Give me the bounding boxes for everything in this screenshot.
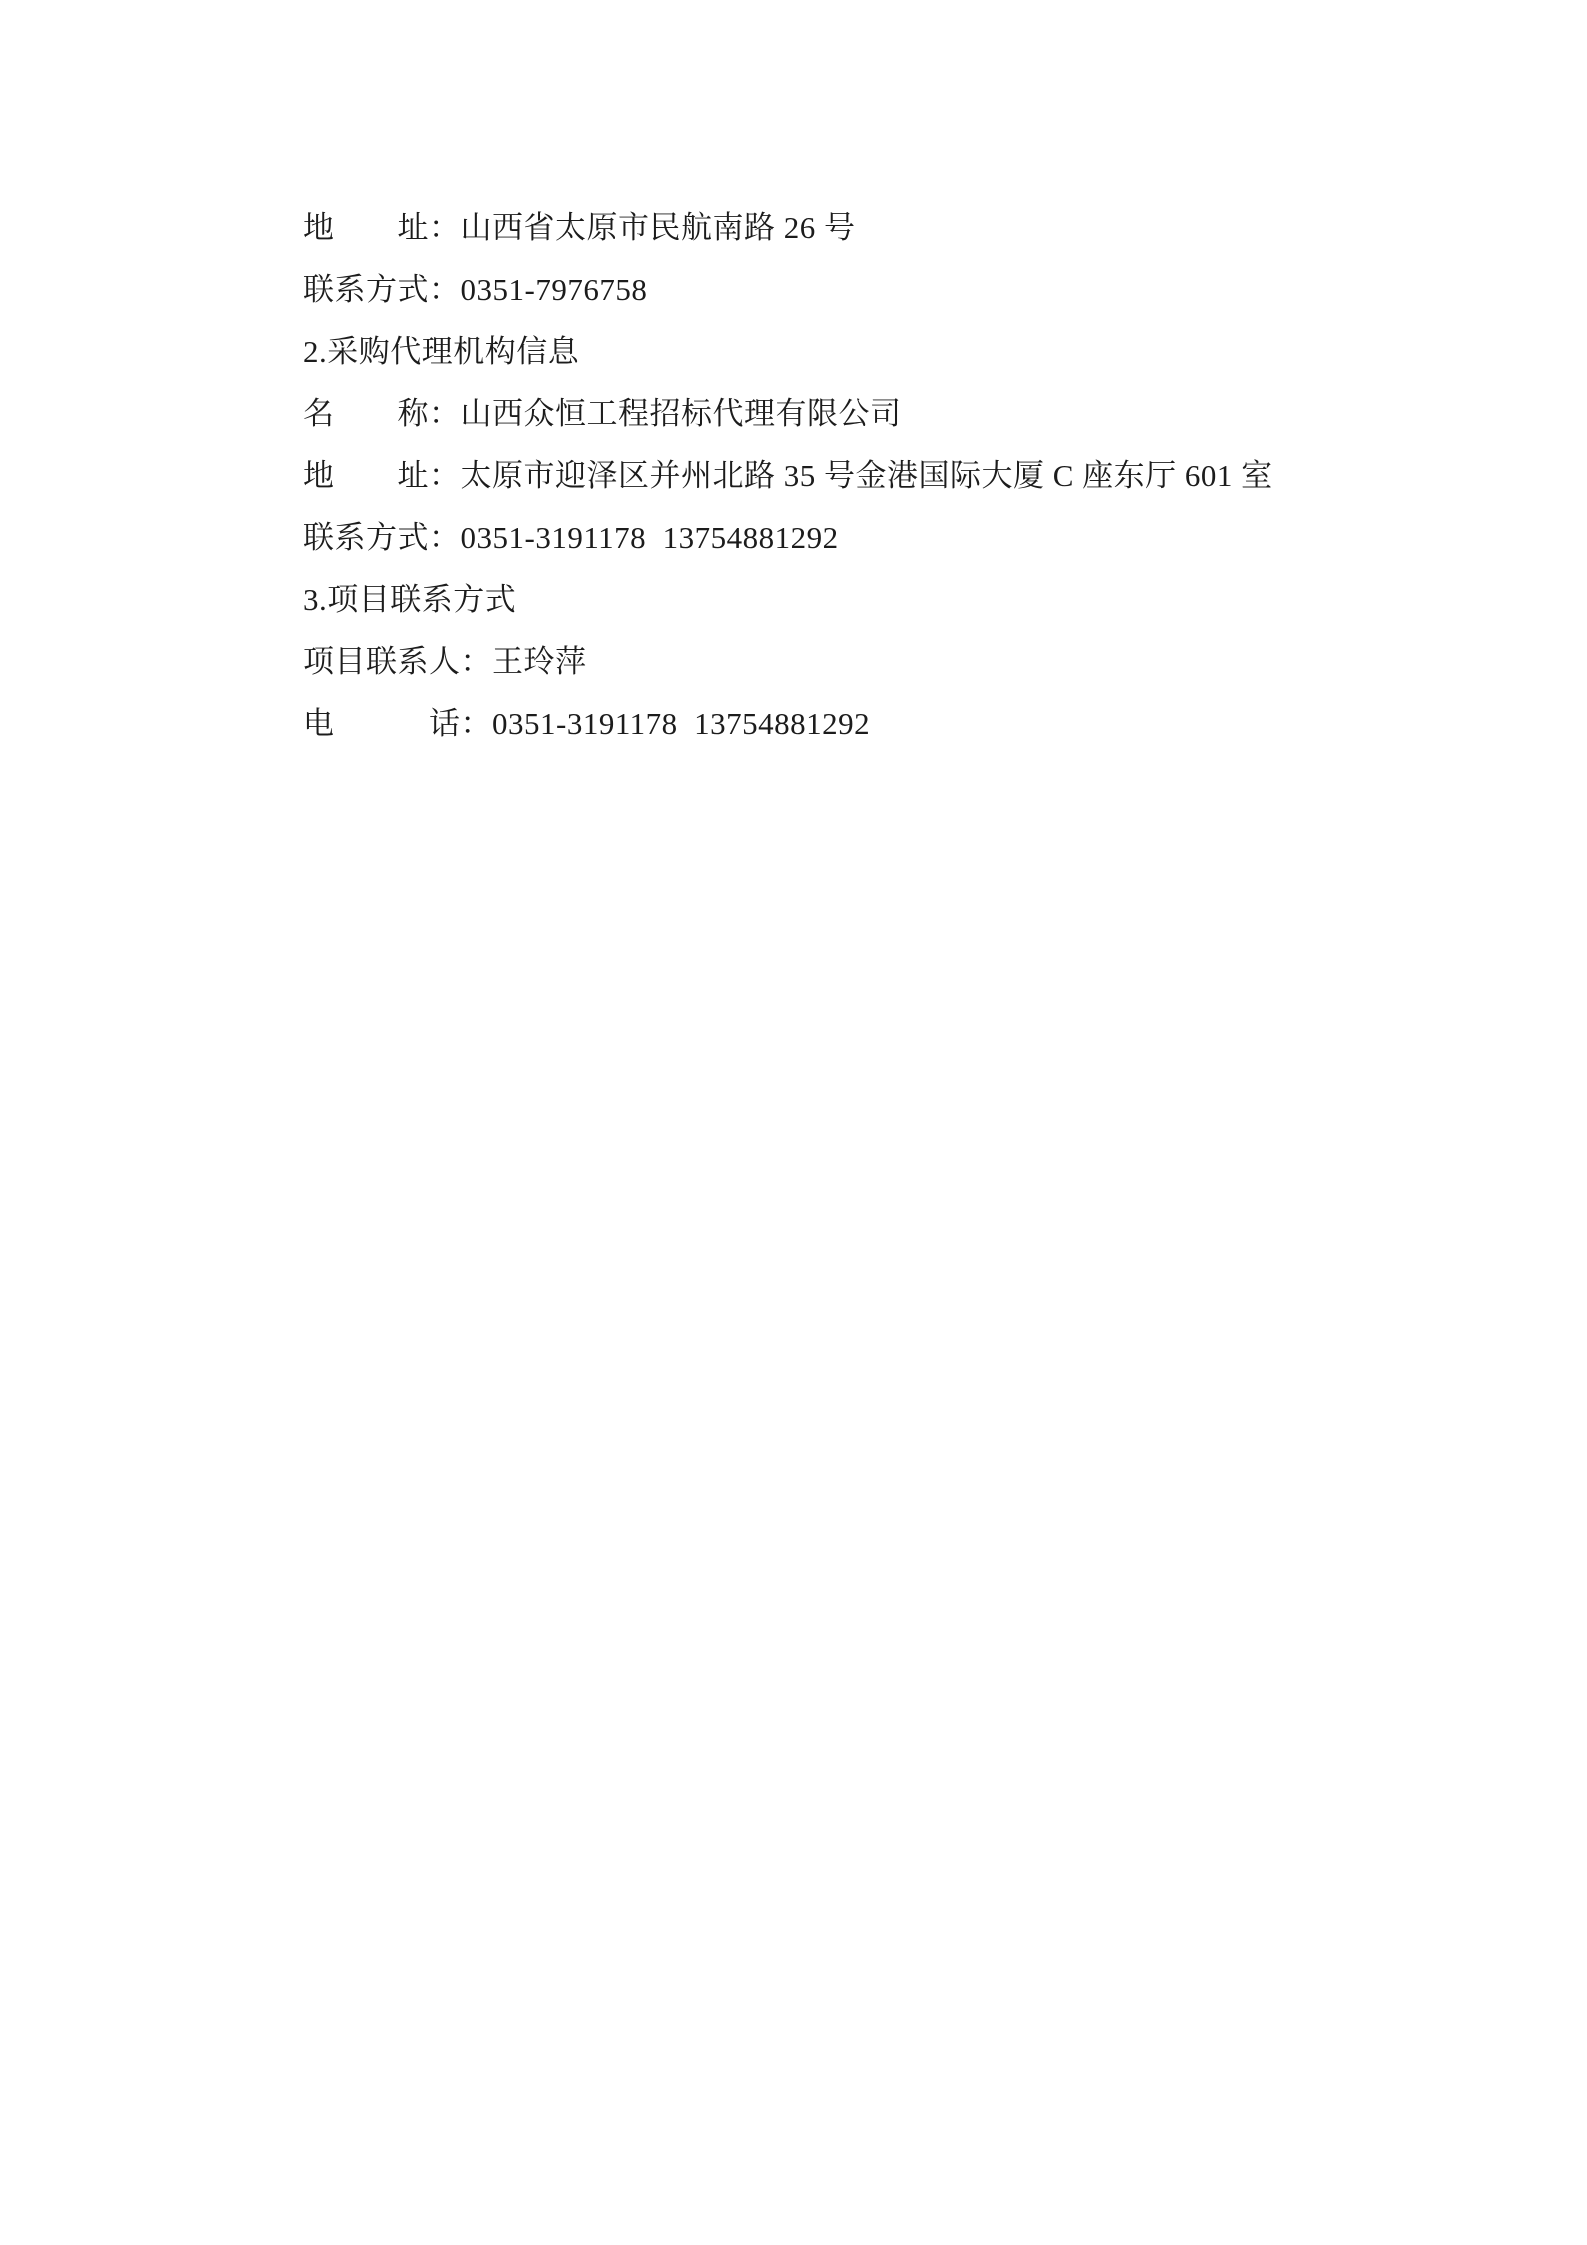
project-phone-line: 电 话：0351-3191178 13754881292 [303,693,1447,755]
purchaser-contact-value: 0351-7976758 [461,272,648,307]
purchaser-address-value: 山西省太原市民航南路 26 号 [461,210,856,245]
purchaser-contact-label: 联系方式： [303,272,461,307]
purchaser-contact-line: 联系方式：0351-7976758 [303,259,1447,321]
agency-name-value: 山西众恒工程招标代理有限公司 [461,396,902,431]
agency-address-label: 地 址： [303,458,461,493]
agency-contact-label: 联系方式： [303,520,461,555]
document-content: 地 址：山西省太原市民航南路 26 号 联系方式：0351-7976758 2.… [303,197,1447,755]
agency-address-line: 地 址：太原市迎泽区并州北路 35 号金港国际大厦 C 座东厅 601 室 [303,445,1447,507]
agency-contact-line: 联系方式：0351-3191178 13754881292 [303,507,1447,569]
project-contact-person-line: 项目联系人：王玲萍 [303,631,1447,693]
agency-address-value: 太原市迎泽区并州北路 35 号金港国际大厦 C 座东厅 601 室 [461,458,1273,493]
agency-section-heading: 2.采购代理机构信息 [303,321,1447,383]
project-contact-person-value: 王玲萍 [492,644,587,679]
document-page: 地 址：山西省太原市民航南路 26 号 联系方式：0351-7976758 2.… [0,0,1587,2245]
project-contact-person-label: 项目联系人： [303,644,492,679]
project-contact-section-heading: 3.项目联系方式 [303,569,1447,631]
purchaser-address-line: 地 址：山西省太原市民航南路 26 号 [303,197,1447,259]
purchaser-address-label: 地 址： [303,210,461,245]
project-phone-label: 电 话： [303,706,492,741]
agency-contact-value: 0351-3191178 13754881292 [461,520,839,555]
agency-name-line: 名 称：山西众恒工程招标代理有限公司 [303,383,1447,445]
agency-name-label: 名 称： [303,396,461,431]
project-phone-value: 0351-3191178 13754881292 [492,706,870,741]
